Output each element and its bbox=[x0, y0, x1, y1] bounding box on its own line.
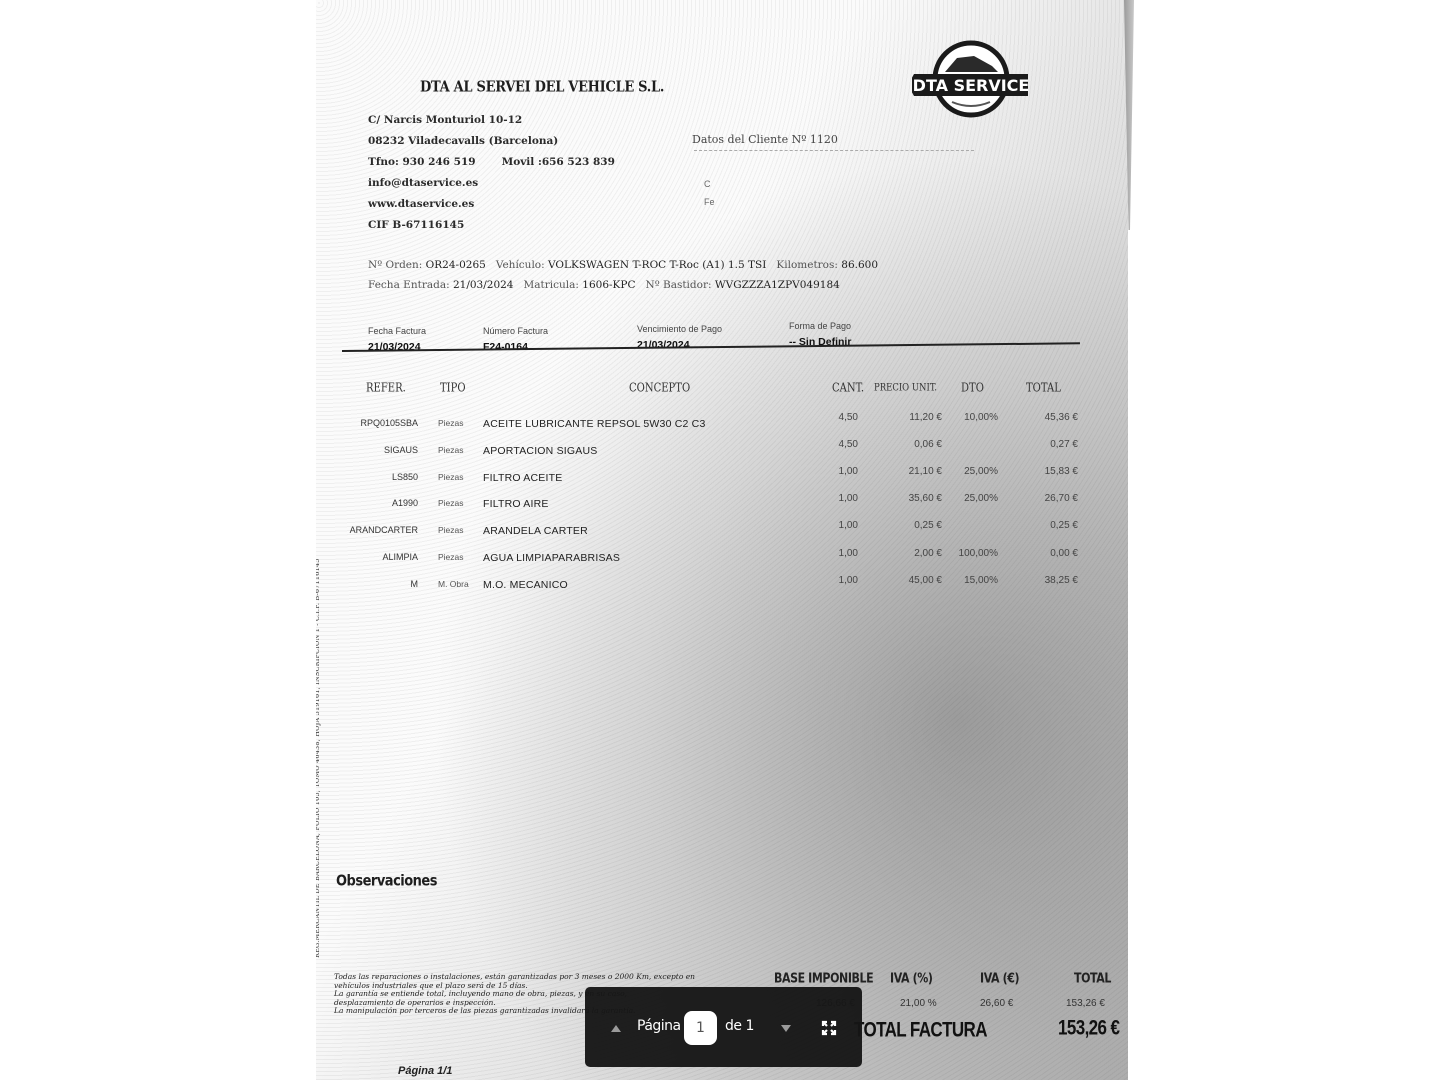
col-header-precio: PRECIO UNIT. bbox=[874, 382, 937, 394]
row-cant: 1,00 bbox=[822, 493, 858, 504]
company-details: C/ Narcis Monturiol 10-12 08232 Viladeca… bbox=[368, 110, 615, 236]
grand-total-label: TOTAL FACTURA bbox=[854, 1018, 987, 1043]
svg-text:DTA SERVICE: DTA SERVICE bbox=[913, 76, 1030, 95]
row-ref: ARANDCARTER bbox=[318, 525, 418, 535]
row-total: 0,00 € bbox=[1016, 548, 1078, 559]
client-section-title: Datos del Cliente Nº 1120 bbox=[692, 133, 838, 146]
row-concepto: ACEITE LUBRICANTE REPSOL 5W30 C2 C3 bbox=[483, 418, 706, 430]
row-concepto: AGUA LIMPIAPARABRISAS bbox=[483, 552, 620, 564]
row-tipo: Piezas bbox=[438, 552, 464, 562]
next-page-button[interactable] bbox=[779, 1021, 793, 1035]
row-tipo: Piezas bbox=[438, 418, 464, 428]
row-precio: 21,10 € bbox=[882, 466, 942, 477]
vehicle-model: VOLKSWAGEN T-ROC T-Roc (A1) 1.5 TSI bbox=[548, 259, 766, 271]
row-concepto: FILTRO AIRE bbox=[483, 498, 549, 510]
vehicle-row-1: Nº Orden: OR24-0265 Vehículo: VOLKSWAGEN… bbox=[368, 255, 878, 275]
entry-date: 21/03/2024 bbox=[453, 279, 514, 291]
row-total: 38,25 € bbox=[1016, 575, 1078, 586]
client-line-3: Fe bbox=[704, 197, 715, 207]
company-mobile: Movil :656 523 839 bbox=[502, 152, 615, 173]
row-tipo: Piezas bbox=[438, 472, 464, 482]
iva-eur-value: 26,60 € bbox=[980, 998, 1013, 1009]
row-total: 26,70 € bbox=[1016, 493, 1078, 504]
row-concepto: APORTACION SIGAUS bbox=[483, 445, 597, 457]
row-ref: LS850 bbox=[318, 472, 418, 482]
base-label: BASE IMPONIBLE bbox=[774, 971, 873, 987]
row-dto: 15,00% bbox=[946, 575, 998, 586]
col-header-ref: REFER. bbox=[366, 382, 406, 395]
col-header-total: TOTAL bbox=[1026, 382, 1061, 395]
row-dto: 100,00% bbox=[946, 548, 998, 559]
total-label: TOTAL bbox=[1074, 971, 1111, 987]
row-tipo: M. Obra bbox=[438, 579, 469, 589]
license-plate: 1606-KPC bbox=[582, 279, 635, 291]
row-total: 0,25 € bbox=[1016, 520, 1078, 531]
dta-service-badge-logo: DTA SERVICE bbox=[912, 36, 1030, 118]
page-label: Página bbox=[637, 1018, 681, 1034]
page-number-input[interactable] bbox=[684, 1011, 717, 1045]
client-line-2: C bbox=[704, 179, 711, 189]
col-header-concepto: CONCEPTO bbox=[629, 382, 690, 395]
order-number: OR24-0265 bbox=[426, 259, 486, 271]
client-details-box: C Fe bbox=[694, 150, 974, 223]
company-cif: CIF B-67116145 bbox=[368, 215, 615, 236]
row-tipo: Piezas bbox=[438, 445, 464, 455]
company-city: 08232 Viladecavalls (Barcelona) bbox=[368, 131, 615, 152]
row-tipo: Piezas bbox=[438, 525, 464, 535]
total-value: 153,26 € bbox=[1066, 998, 1105, 1009]
row-ref: ALIMPIA bbox=[318, 552, 418, 562]
row-concepto: ARANDELA CARTER bbox=[483, 525, 588, 537]
row-total: 0,27 € bbox=[1016, 439, 1078, 450]
col-header-tipo: TIPO bbox=[440, 382, 466, 395]
previous-page-button[interactable] bbox=[609, 1021, 623, 1035]
row-tipo: Piezas bbox=[438, 498, 464, 508]
triangle-down-icon bbox=[781, 1025, 791, 1032]
company-address: C/ Narcis Monturiol 10-12 bbox=[368, 110, 615, 131]
vehicle-row-2: Fecha Entrada: 21/03/2024 Matricula: 160… bbox=[368, 275, 878, 295]
row-cant: 1,00 bbox=[822, 548, 858, 559]
row-cant: 1,00 bbox=[822, 575, 858, 586]
row-precio: 45,00 € bbox=[882, 575, 942, 586]
row-dto: 10,00% bbox=[946, 412, 998, 423]
vin-number: WVGZZZA1ZPV049184 bbox=[715, 279, 840, 291]
page-count-label: de 1 bbox=[725, 1018, 754, 1034]
col-header-cant: CANT. bbox=[832, 382, 864, 395]
row-ref: A1990 bbox=[318, 498, 418, 508]
row-total: 45,36 € bbox=[1016, 412, 1078, 423]
row-precio: 2,00 € bbox=[882, 548, 942, 559]
registry-side-text: REG.MERCANTIL DE BARCELONA, FOLIO 105, T… bbox=[316, 488, 321, 958]
iva-pct-value: 21,00 % bbox=[900, 998, 937, 1009]
row-dto: 25,00% bbox=[946, 493, 998, 504]
company-phones: Tfno: 930 246 519 Movil :656 523 839 bbox=[368, 152, 615, 173]
company-web: www.dtaservice.es bbox=[368, 194, 615, 215]
page-footer: Página 1/1 bbox=[398, 1065, 452, 1077]
observations-label: Observaciones bbox=[336, 873, 437, 890]
iva-eur-label: IVA (€) bbox=[980, 971, 1019, 987]
row-precio: 11,20 € bbox=[882, 412, 942, 423]
grand-total-value: 153,26 € bbox=[1058, 1016, 1119, 1041]
company-email: info@dtaservice.es bbox=[368, 173, 615, 194]
iva-pct-label: IVA (%) bbox=[890, 971, 932, 987]
row-dto: 25,00% bbox=[946, 466, 998, 477]
row-precio: 0,06 € bbox=[882, 439, 942, 450]
row-cant: 4,50 bbox=[822, 439, 858, 450]
triangle-up-icon bbox=[611, 1025, 621, 1032]
row-ref: RPQ0105SBA bbox=[318, 418, 418, 428]
company-phone: Tfno: 930 246 519 bbox=[368, 152, 476, 173]
scanned-invoice-page: DTA AL SERVEI DEL VEHICLE S.L. C/ Narcis… bbox=[316, 0, 1128, 1080]
col-header-dto: DTO bbox=[961, 382, 984, 395]
pdf-page-toolbar: Página de 1 bbox=[585, 987, 862, 1067]
row-ref: M bbox=[318, 579, 418, 589]
row-precio: 0,25 € bbox=[882, 520, 942, 531]
row-cant: 1,00 bbox=[822, 520, 858, 531]
row-cant: 4,50 bbox=[822, 412, 858, 423]
row-cant: 1,00 bbox=[822, 466, 858, 477]
row-precio: 35,60 € bbox=[882, 493, 942, 504]
row-ref: SIGAUS bbox=[318, 445, 418, 455]
row-total: 15,83 € bbox=[1016, 466, 1078, 477]
kilometers: 86.600 bbox=[841, 259, 878, 271]
expand-arrows-icon bbox=[821, 1020, 837, 1036]
row-concepto: FILTRO ACEITE bbox=[483, 472, 562, 484]
row-concepto: M.O. MECANICO bbox=[483, 579, 568, 591]
vehicle-info: Nº Orden: OR24-0265 Vehículo: VOLKSWAGEN… bbox=[368, 255, 878, 295]
fullscreen-button[interactable] bbox=[819, 1018, 839, 1038]
company-name: DTA AL SERVEI DEL VEHICLE S.L. bbox=[420, 79, 664, 96]
